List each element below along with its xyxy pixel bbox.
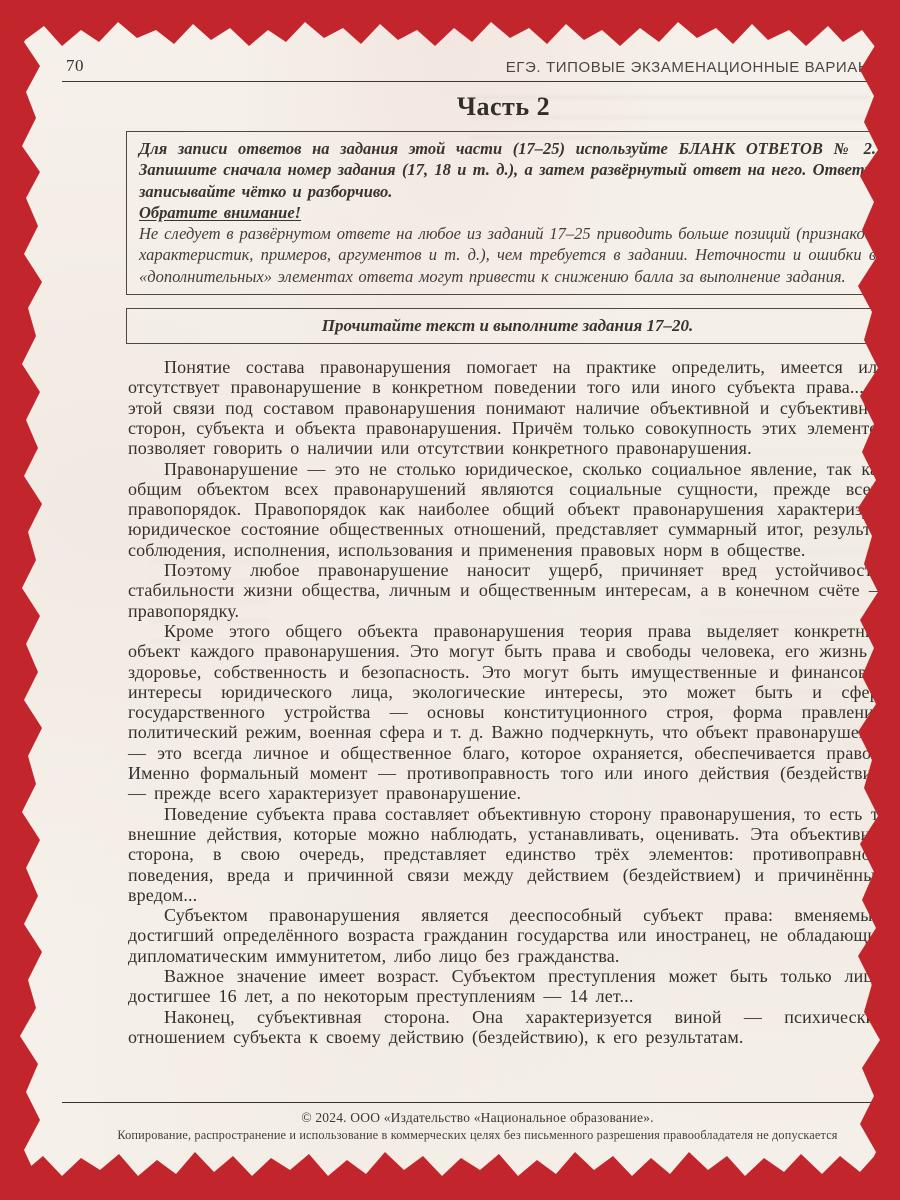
page-footer: © 2024. ООО «Издательство «Национальное … bbox=[62, 1102, 893, 1143]
note-text: Не следует в развёрнутом ответе на любое… bbox=[139, 223, 876, 287]
book-page: 70 ЕГЭ. ТИПОВЫЕ ЭКЗАМЕНАЦИОННЫЕ ВАРИАНТЫ… bbox=[0, 0, 900, 1200]
paragraph: Правонарушение — это не столько юридичес… bbox=[128, 459, 887, 560]
paragraph: Субъектом правонарушения является дееспо… bbox=[128, 905, 887, 966]
text-column: Для записи ответов на задания этой части… bbox=[126, 131, 889, 1047]
article-text: Понятие состава правонарушения помогает … bbox=[126, 357, 889, 1047]
torn-red-border-bottom bbox=[0, 1142, 900, 1200]
paragraph: Поэтому любое правонарушение наносит уще… bbox=[128, 560, 887, 621]
running-header-row: 70 ЕГЭ. ТИПОВЫЕ ЭКЗАМЕНАЦИОННЫЕ ВАРИАНТЫ bbox=[62, 56, 893, 82]
note-label: Обратите внимание! bbox=[139, 202, 876, 223]
paragraph: Поведение субъекта права составляет объе… bbox=[128, 804, 887, 905]
part-title: Часть 2 bbox=[114, 92, 893, 122]
paragraph: Понятие состава правонарушения помогает … bbox=[128, 357, 887, 458]
copyright-line: © 2024. ООО «Издательство «Национальное … bbox=[62, 1110, 893, 1126]
copy-notice-line: Копирование, распространение и использов… bbox=[62, 1128, 893, 1143]
paragraph: Кроме этого общего объекта правонарушени… bbox=[128, 621, 887, 804]
running-header: ЕГЭ. ТИПОВЫЕ ЭКЗАМЕНАЦИОННЫЕ ВАРИАНТЫ bbox=[506, 59, 893, 76]
torn-red-border-left bbox=[0, 0, 54, 1200]
page-number: 70 bbox=[66, 56, 84, 76]
torn-red-border-top bbox=[0, 0, 900, 60]
paragraph: Наконец, субъективная сторона. Она харак… bbox=[128, 1007, 887, 1048]
page-content: 70 ЕГЭ. ТИПОВЫЕ ЭКЗАМЕНАЦИОННЫЕ ВАРИАНТЫ… bbox=[62, 56, 893, 1047]
paragraph: Важное значение имеет возраст. Субъектом… bbox=[128, 966, 887, 1007]
read-text-task-box: Прочитайте текст и выполните задания 17–… bbox=[126, 308, 889, 344]
answer-instructions-box: Для записи ответов на задания этой части… bbox=[126, 131, 889, 295]
instructions-main-text: Для записи ответов на задания этой части… bbox=[139, 138, 876, 202]
